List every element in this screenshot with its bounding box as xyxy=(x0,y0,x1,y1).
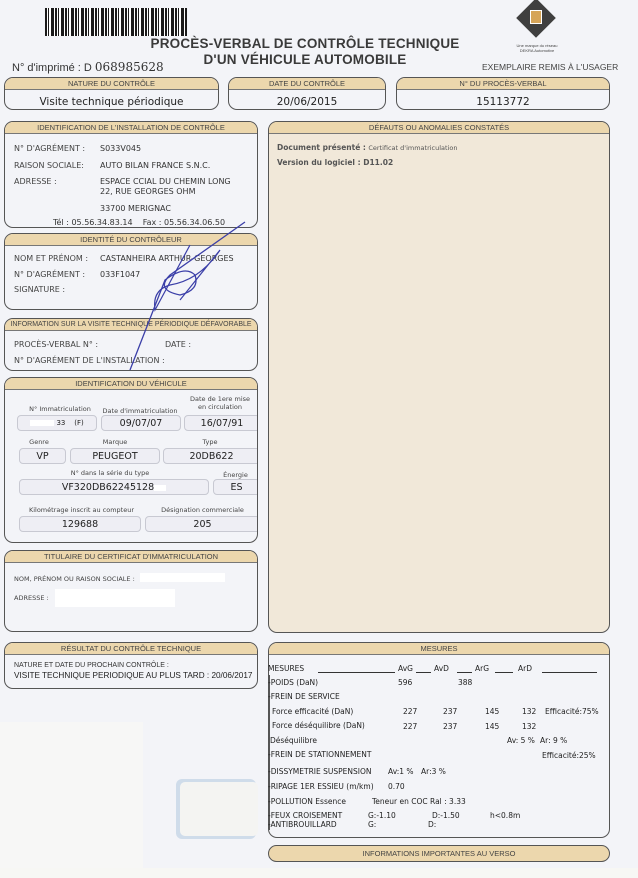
divider xyxy=(457,672,472,673)
ripage-label: -RIPAGE 1ER ESSIEU (m/km) xyxy=(268,782,374,791)
energie-value: ES xyxy=(213,479,258,495)
title-line-1: PROCÈS-VERBAL DE CONTRÔLE TECHNIQUE xyxy=(150,36,460,52)
force-eff-avd: 237 xyxy=(443,707,457,716)
titulaire-box: TITULAIRE DU CERTIFICAT D'IMMATRICULATIO… xyxy=(4,550,258,632)
nature-controle-box: NATURE DU CONTRÔLE Visite technique péri… xyxy=(4,77,219,110)
titulaire-nom-label: NOM, PRÉNOM OU RAISON SOCIALE : xyxy=(14,575,135,583)
version-label: Version du logiciel : xyxy=(277,158,361,167)
force-eff-arg: 145 xyxy=(485,707,499,716)
date-controle-box: DATE DU CONTRÔLE 20/06/2015 xyxy=(228,77,386,110)
info-verso-label: INFORMATIONS IMPORTANTES AU VERSO xyxy=(269,846,609,861)
installation-box: IDENTIFICATION DE L'INSTALLATION DE CONT… xyxy=(4,121,258,228)
divider xyxy=(416,672,431,673)
raison-sociale-label: RAISON SOCIALE: xyxy=(14,161,84,170)
installation-adresse-line3: 33700 MERIGNAC xyxy=(100,204,171,213)
title-line-2: D'UN VÉHICULE AUTOMOBILE xyxy=(150,52,460,68)
col-ard: ArD xyxy=(518,664,532,673)
pollution-value: Teneur en COC Ral : 3.33 xyxy=(372,797,466,806)
installation-agrement-value: S033V045 xyxy=(100,144,141,153)
force-eff-avg: 227 xyxy=(403,707,417,716)
resultat-line1: NATURE ET DATE DU PROCHAIN CONTRÔLE : xyxy=(14,662,169,669)
col-avd: AvD xyxy=(434,664,449,673)
redacted-block xyxy=(55,589,175,607)
type-label: Type xyxy=(165,438,255,446)
logo-caption-2: DEKRA Automotive xyxy=(512,48,562,53)
redacted-block xyxy=(30,420,54,426)
installation-header: IDENTIFICATION DE L'INSTALLATION DE CONT… xyxy=(5,122,257,134)
pv-number-header: N° DU PROCÈS-VERBAL xyxy=(397,78,609,90)
serie-label: N° dans la série du type xyxy=(35,469,185,477)
installation-adresse-line1: ESPACE CCIAL DU CHEMIN LONG xyxy=(100,177,231,186)
dissymetrie-label: -DISSYMETRIE SUSPENSION xyxy=(268,767,372,776)
redacted-block xyxy=(140,573,225,582)
force-efficacite-label: Force efficacité (DaN) xyxy=(272,707,353,716)
feux-h: h<0.8m xyxy=(490,811,520,820)
page-title: PROCÈS-VERBAL DE CONTRÔLE TECHNIQUE D'UN… xyxy=(150,36,460,68)
imprime-number: N° d'imprimé : D 068985628 xyxy=(12,60,164,74)
desequilibre-av: Av: 5 % xyxy=(507,736,535,745)
force-des-ard: 132 xyxy=(522,722,536,731)
desequilibre-label: Déséquilibre xyxy=(270,736,317,745)
mesures-header: MESURES xyxy=(269,643,609,655)
document-presente-label: Document présenté : xyxy=(277,143,366,152)
force-des-arg: 145 xyxy=(485,722,499,731)
antibrouillard-d: D: xyxy=(428,820,436,829)
dissymetrie-av: Av:1 % xyxy=(388,767,414,776)
defauts-header: DÉFAUTS OU ANOMALIES CONSTATÉS xyxy=(269,122,609,134)
date-controle-value: 20/06/2015 xyxy=(229,96,385,108)
hologram-icon xyxy=(180,782,258,836)
frein-stationnement-efficacite: Efficacité:25% xyxy=(542,751,596,760)
installation-adresse-label: ADRESSE : xyxy=(14,177,57,186)
force-eff-ard: 132 xyxy=(522,707,536,716)
pv-number-box: N° DU PROCÈS-VERBAL 15113772 xyxy=(396,77,610,110)
immat-suffix: 33 xyxy=(56,419,65,427)
genre-label: Genre xyxy=(19,438,59,446)
genre-value: VP xyxy=(19,448,66,464)
raison-sociale-value: AUTO BILAN FRANCE S.N.C. xyxy=(100,161,210,170)
defauts-box: DÉFAUTS OU ANOMALIES CONSTATÉS Document … xyxy=(268,121,610,633)
poids-avant: 596 xyxy=(398,678,412,687)
version-value: D11.02 xyxy=(363,158,393,167)
info-verso-box: INFORMATIONS IMPORTANTES AU VERSO xyxy=(268,845,610,862)
installation-adresse-line2: 22, RUE GEORGES OHM xyxy=(100,187,195,196)
vehicule-header: IDENTIFICATION DU VÉHICULE xyxy=(5,378,257,390)
serie-value: VF320DB62245128 xyxy=(62,482,154,493)
frein-service-label: -FREIN DE SERVICE xyxy=(268,692,340,701)
resultat-box: RÉSULTAT DU CONTRÔLE TECHNIQUE NATURE ET… xyxy=(4,642,258,689)
version-logiciel: Version du logiciel : D11.02 xyxy=(277,158,393,167)
redacted-block xyxy=(154,485,166,491)
logo-emblem-icon xyxy=(530,10,542,24)
serie-field: VF320DB62245128 xyxy=(19,479,209,495)
immat-country: (F) xyxy=(74,419,84,427)
titulaire-adresse-label: ADRESSE : xyxy=(14,594,49,602)
type-value: 20DB622 xyxy=(163,448,258,464)
desequilibre-ar: Ar: 9 % xyxy=(540,736,567,745)
document-presente-value: Certificat d'immatriculation xyxy=(368,144,457,152)
divider xyxy=(495,672,513,673)
pv-number-value: 15113772 xyxy=(397,96,609,108)
page-edge xyxy=(0,868,638,878)
date-circ-label: Date de 1ere mise en circulation xyxy=(185,395,255,411)
frein-service-efficacite: Efficacité:75% xyxy=(545,707,599,716)
ripage-value: 0.70 xyxy=(388,782,405,791)
date-controle-header: DATE DU CONTRÔLE xyxy=(229,78,385,90)
exemplaire-label: EXEMPLAIRE REMIS À L'USAGER xyxy=(482,62,618,72)
antibrouillard-label: -ANTIBROUILLARD xyxy=(268,820,337,829)
energie-label: Énergie xyxy=(213,471,258,479)
signature-label: SIGNATURE : xyxy=(14,285,65,294)
km-label: Kilométrage inscrit au compteur xyxy=(19,506,144,514)
feux-g: G:-1.10 xyxy=(368,811,396,820)
designation-value: 205 xyxy=(145,516,258,532)
feux-croisement-label: -FEUX CROISEMENT xyxy=(268,811,342,820)
divider xyxy=(542,672,597,673)
resultat-line2: VISITE TECHNIQUE PERIODIQUE AU PLUS TARD… xyxy=(14,671,252,680)
vehicule-box: IDENTIFICATION DU VÉHICULE N° Immatricul… xyxy=(4,377,258,543)
installation-agrement-label: N° D'AGRÉMENT : xyxy=(14,144,85,153)
feux-d: D:-1.50 xyxy=(432,811,460,820)
immat-label: N° Immatriculation xyxy=(20,405,100,413)
document-presente: Document présenté : Certificat d'immatri… xyxy=(277,143,457,152)
col-arg: ArG xyxy=(475,664,489,673)
pollution-label: -POLLUTION Essence xyxy=(268,797,346,806)
designation-label: Désignation commerciale xyxy=(145,506,258,514)
force-des-avd: 237 xyxy=(443,722,457,731)
resultat-header: RÉSULTAT DU CONTRÔLE TECHNIQUE xyxy=(5,643,257,655)
mesures-col-title: MESURES xyxy=(268,664,304,673)
marque-value: PEUGEOT xyxy=(70,448,160,464)
imprime-label: N° d'imprimé : D xyxy=(12,62,92,74)
poids-label: -POIDS (DaN) xyxy=(268,678,318,687)
poids-arriere: 388 xyxy=(458,678,472,687)
km-value: 129688 xyxy=(19,516,141,532)
col-avg: AvG xyxy=(398,664,413,673)
titulaire-header: TITULAIRE DU CERTIFICAT D'IMMATRICULATIO… xyxy=(5,551,257,563)
date-immat-value: 09/07/07 xyxy=(101,415,181,431)
date-immat-label: Date d'immatriculation xyxy=(100,407,180,415)
imprime-value: 068985628 xyxy=(95,60,164,74)
nature-controle-header: NATURE DU CONTRÔLE xyxy=(5,78,218,90)
force-des-avg: 227 xyxy=(403,722,417,731)
signature-scribble xyxy=(60,220,260,380)
date-circ-value: 16/07/91 xyxy=(184,415,258,431)
nature-controle-value: Visite technique périodique xyxy=(5,96,218,108)
barcode xyxy=(45,8,187,36)
antibrouillard-g: G: xyxy=(368,820,376,829)
marque-label: Marque xyxy=(70,438,160,446)
force-desequilibre-label: Force déséquilibre (DaN) xyxy=(272,721,365,730)
divider xyxy=(318,672,395,673)
dissymetrie-ar: Ar:3 % xyxy=(421,767,446,776)
immat-field: 33 (F) xyxy=(17,415,97,431)
frein-stationnement-label: -FREIN DE STATIONNEMENT xyxy=(268,750,371,759)
logo-caption: Une marque du réseau DEKRA Automotive xyxy=(512,43,562,53)
blank-area xyxy=(0,722,143,870)
